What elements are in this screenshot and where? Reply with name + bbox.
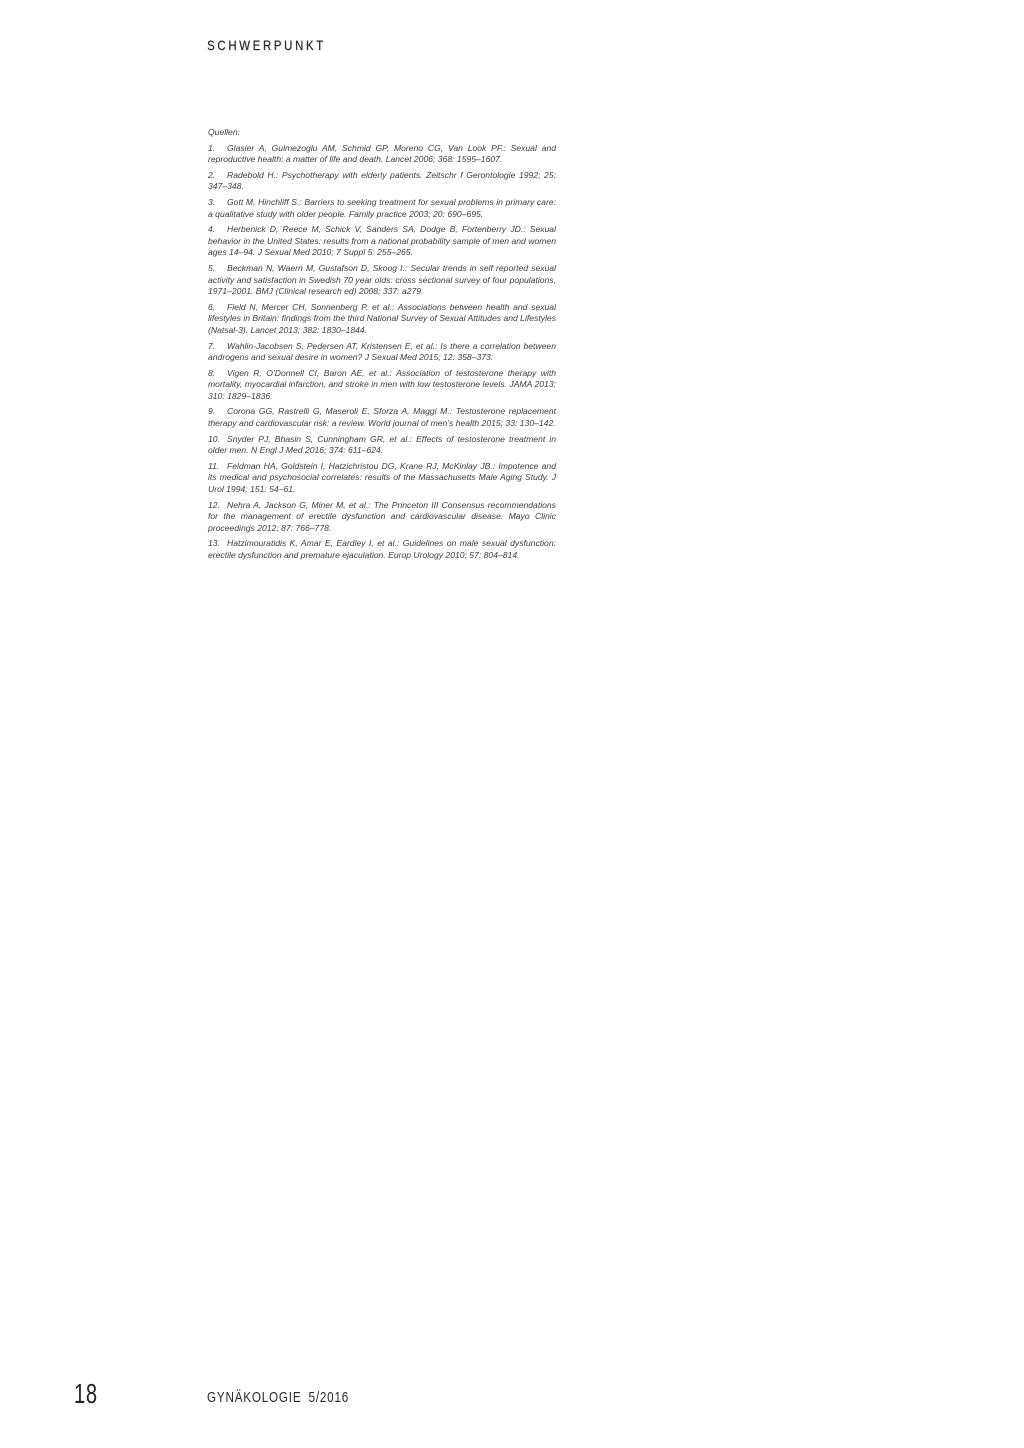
reference-number: 7. (208, 341, 227, 353)
reference-text: Wahlin-Jacobsen S, Pedersen AT, Kristens… (208, 341, 556, 363)
reference-number: 2. (208, 170, 227, 182)
journal-issue: GYNÄKOLOGIE 5/2016 (207, 1389, 349, 1406)
reference-text: Snyder PJ, Bhasin S, Cunningham GR, et a… (208, 434, 556, 456)
reference-number: 4. (208, 224, 227, 236)
reference-item: 9.Corona GG, Rastrelli G, Maseroli E, Sf… (208, 406, 556, 429)
reference-item: 13.Hatzimouratidis K, Amar E, Eardley I,… (208, 538, 556, 561)
reference-number: 10. (208, 434, 227, 446)
reference-text: Glasier A, Gulmezoglu AM, Schmid GP, Mor… (208, 143, 556, 165)
reference-item: 7.Wahlin-Jacobsen S, Pedersen AT, Kriste… (208, 341, 556, 364)
reference-item: 10.Snyder PJ, Bhasin S, Cunningham GR, e… (208, 434, 556, 457)
reference-item: 8.Vigen R, O’Donnell CI, Baron AE, et al… (208, 368, 556, 403)
reference-text: Radebold H.: Psychotherapy with elderly … (208, 170, 556, 192)
references-heading: Quellen: (208, 127, 556, 139)
reference-text: Vigen R, O’Donnell CI, Baron AE, et al.:… (208, 368, 556, 401)
reference-item: 12.Nehra A, Jackson G, Miner M, et al.: … (208, 500, 556, 535)
reference-text: Corona GG, Rastrelli G, Maseroli E, Sfor… (208, 406, 556, 428)
references-section: Quellen: 1.Glasier A, Gulmezoglu AM, Sch… (208, 127, 556, 566)
reference-number: 6. (208, 302, 227, 314)
reference-item: 3.Gott M, Hinchliff S.: Barriers to seek… (208, 197, 556, 220)
reference-number: 8. (208, 368, 227, 380)
reference-number: 3. (208, 197, 227, 209)
reference-text: Feldman HA, Goldstein I, Hatzichristou D… (208, 461, 556, 494)
reference-text: Herbenick D, Reece M, Schick V, Sanders … (208, 224, 556, 257)
reference-item: 4.Herbenick D, Reece M, Schick V, Sander… (208, 224, 556, 259)
reference-text: Gott M, Hinchliff S.: Barriers to seekin… (208, 197, 556, 219)
reference-item: 11.Feldman HA, Goldstein I, Hatzichristo… (208, 461, 556, 496)
reference-text: Nehra A, Jackson G, Miner M, et al.: The… (208, 500, 556, 533)
reference-item: 5.Beckman N, Waern M, Gustafson D, Skoog… (208, 263, 556, 298)
reference-item: 6.Field N, Mercer CH, Sonnenberg P, et a… (208, 302, 556, 337)
reference-number: 1. (208, 143, 227, 155)
section-header: SCHWERPUNKT (207, 37, 326, 53)
references-list: 1.Glasier A, Gulmezoglu AM, Schmid GP, M… (208, 143, 556, 562)
reference-number: 13. (208, 538, 227, 550)
reference-item: 2.Radebold H.: Psychotherapy with elderl… (208, 170, 556, 193)
reference-number: 9. (208, 406, 227, 418)
reference-text: Field N, Mercer CH, Sonnenberg P, et al.… (208, 302, 556, 335)
reference-number: 11. (208, 461, 227, 473)
reference-text: Beckman N, Waern M, Gustafson D, Skoog I… (208, 263, 556, 296)
reference-item: 1.Glasier A, Gulmezoglu AM, Schmid GP, M… (208, 143, 556, 166)
reference-text: Hatzimouratidis K, Amar E, Eardley I, et… (208, 538, 556, 560)
reference-number: 12. (208, 500, 227, 512)
reference-number: 5. (208, 263, 227, 275)
page-number: 18 (74, 1378, 98, 1410)
